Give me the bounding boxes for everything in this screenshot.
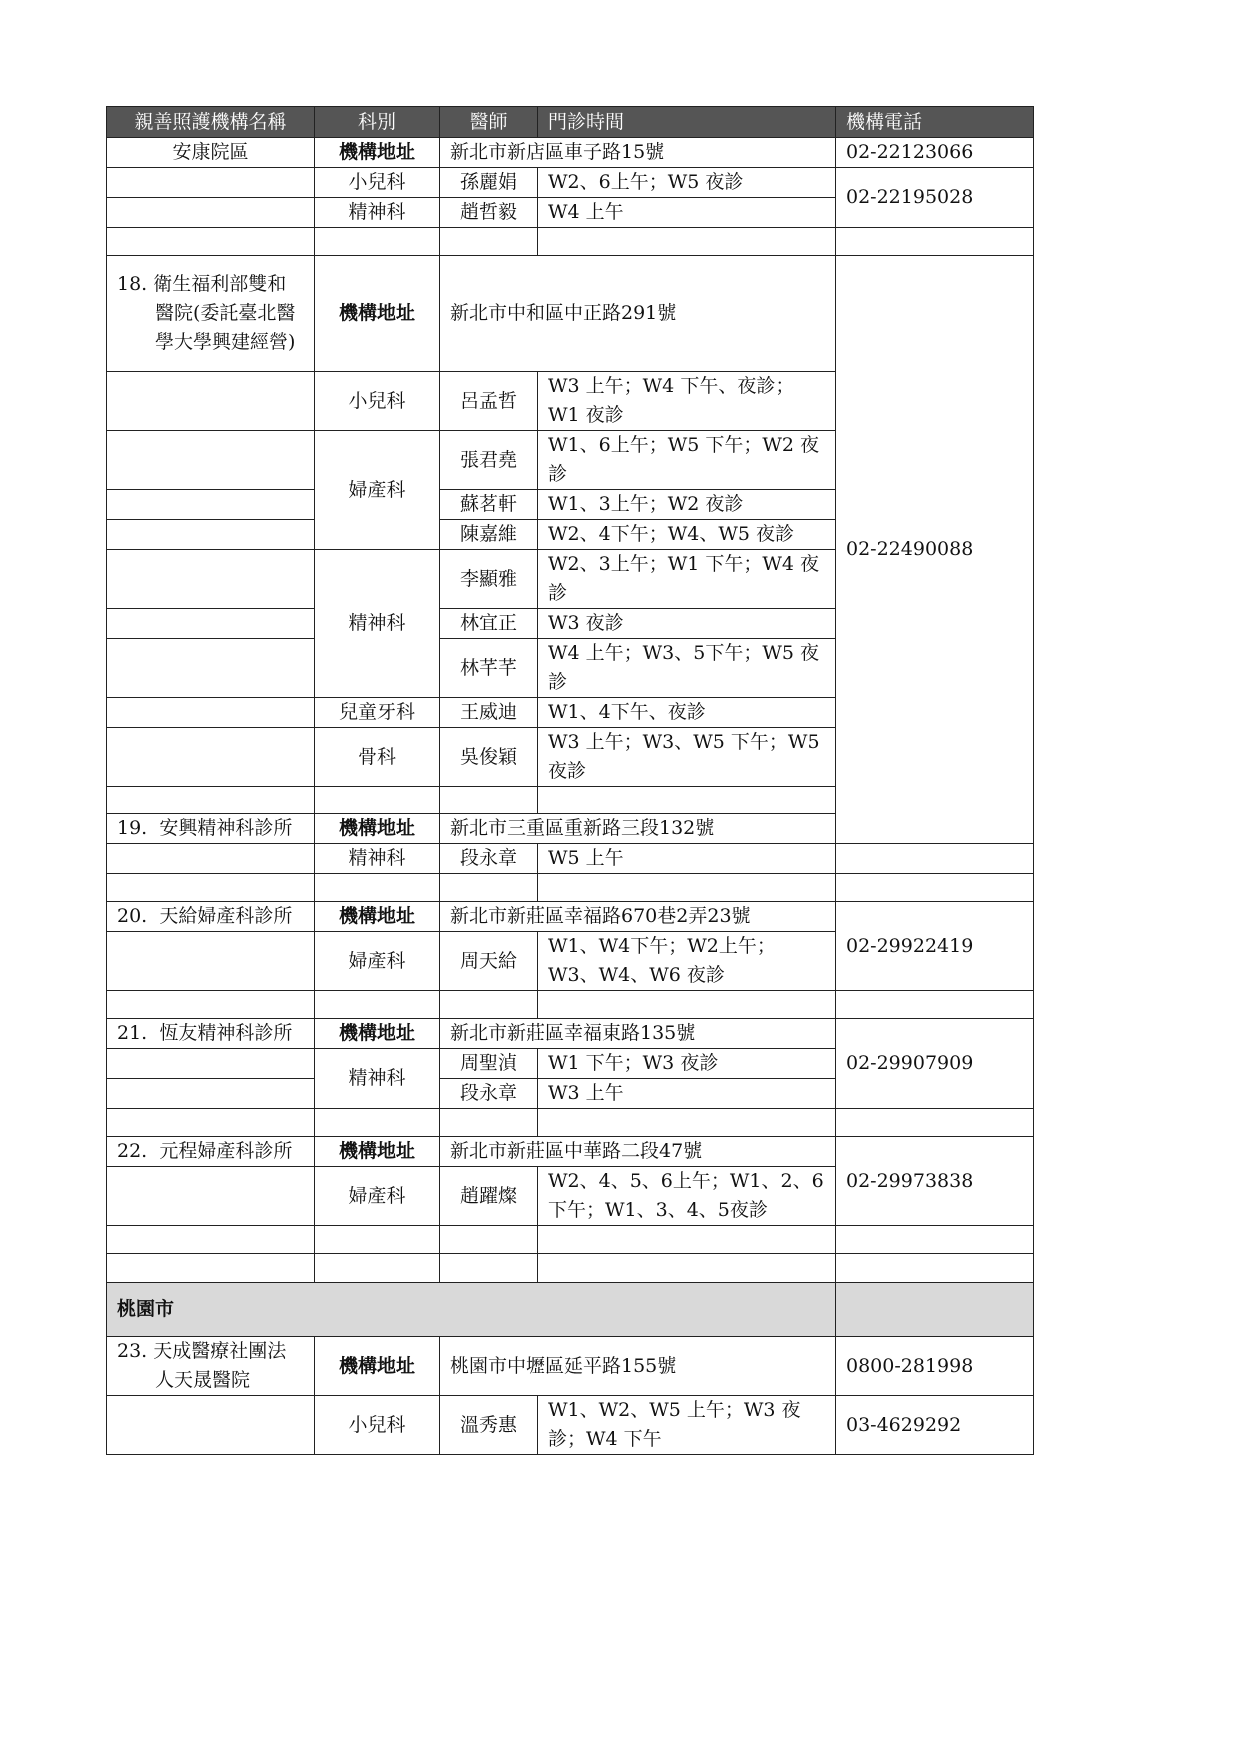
phone: 03-4629292 xyxy=(836,1396,1034,1455)
empty-cell xyxy=(315,1109,440,1137)
empty-cell xyxy=(315,874,440,902)
empty-cell xyxy=(836,228,1034,256)
hours: W5 上午 xyxy=(538,844,836,874)
header-institution: 親善照護機構名稱 xyxy=(107,107,315,138)
hours: W2、6上午；W5 夜診 xyxy=(538,168,836,198)
address-label: 機構地址 xyxy=(315,256,440,372)
table-row: 精神科 段永章 W5 上午 xyxy=(107,844,1034,874)
address: 桃園市中壢區延平路155號 xyxy=(440,1337,836,1396)
empty-cell xyxy=(107,1079,315,1109)
spacer-row xyxy=(107,1109,1034,1137)
doctor: 林宜正 xyxy=(440,609,538,639)
doctor: 蘇茗軒 xyxy=(440,490,538,520)
address: 新北市新店區車子路15號 xyxy=(440,138,836,168)
phone: 02-22195028 xyxy=(836,168,1034,228)
header-dept: 科別 xyxy=(315,107,440,138)
spacer-row xyxy=(107,991,1034,1019)
empty-cell xyxy=(107,609,315,639)
dept: 婦產科 xyxy=(315,932,440,991)
dept: 小兒科 xyxy=(315,168,440,198)
dept: 精神科 xyxy=(315,1049,440,1109)
address-label: 機構地址 xyxy=(315,814,440,844)
address: 新北市新莊區幸福東路135號 xyxy=(440,1019,836,1049)
hours: W2、4、5、6上午；W1、2、6下午；W1、3、4、5夜診 xyxy=(538,1167,836,1226)
hours: W1、W4下午；W2上午；W3、W4、W6 夜診 xyxy=(538,932,836,991)
empty-cell xyxy=(836,874,1034,902)
institution-label: 恆友精神科診所 xyxy=(159,1022,292,1044)
phone: 0800-281998 xyxy=(836,1337,1034,1396)
empty-cell xyxy=(107,520,315,550)
empty-cell xyxy=(440,1226,538,1254)
phone: 02-22490088 xyxy=(836,256,1034,844)
spacer-row xyxy=(107,874,1034,902)
address: 新北市新莊區幸福路670巷2弄23號 xyxy=(440,902,836,932)
empty-cell xyxy=(107,844,315,874)
phone: 02-29922419 xyxy=(836,902,1034,991)
doctor: 溫秀惠 xyxy=(440,1396,538,1455)
empty-cell xyxy=(107,1226,315,1254)
hours: W2、3上午；W1 下午；W4 夜診 xyxy=(538,550,836,609)
empty-cell xyxy=(315,1226,440,1254)
empty-cell xyxy=(538,1254,836,1283)
doctor: 孫麗娟 xyxy=(440,168,538,198)
institution-name: 23. 天成醫療社團法人天晟醫院 xyxy=(107,1337,315,1396)
header-row: 親善照護機構名稱 科別 醫師 門診時間 機構電話 xyxy=(107,107,1034,138)
clinic-table: 親善照護機構名稱 科別 醫師 門診時間 機構電話 安康院區 機構地址 新北市新店… xyxy=(106,106,1034,1455)
hours: W2、4下午；W4、W5 夜診 xyxy=(538,520,836,550)
empty-cell xyxy=(107,991,315,1019)
hours: W3 上午；W3、W5 下午；W5 夜診 xyxy=(538,728,836,787)
address-label: 機構地址 xyxy=(315,1337,440,1396)
address-label: 機構地址 xyxy=(315,902,440,932)
institution-name: 19. 安興精神科診所 xyxy=(107,814,315,844)
empty-cell xyxy=(315,787,440,814)
empty-cell xyxy=(107,1396,315,1455)
institution-name: 安康院區 xyxy=(107,138,315,168)
region-row: 桃園市 xyxy=(107,1283,1034,1337)
doctor: 李顯雅 xyxy=(440,550,538,609)
empty-cell xyxy=(107,787,315,814)
empty-cell xyxy=(440,787,538,814)
empty-cell xyxy=(107,550,315,609)
empty-cell xyxy=(107,1049,315,1079)
empty-cell xyxy=(107,874,315,902)
spacer-row xyxy=(107,1254,1034,1283)
hours: W1、3上午；W2 夜診 xyxy=(538,490,836,520)
empty-cell xyxy=(315,1254,440,1283)
address: 新北市中和區中正路291號 xyxy=(440,256,836,372)
empty-cell xyxy=(836,991,1034,1019)
phone: 02-22123066 xyxy=(836,138,1034,168)
institution-label: 元程婦產科診所 xyxy=(159,1140,292,1162)
empty-cell xyxy=(538,1109,836,1137)
empty-cell xyxy=(538,991,836,1019)
doctor: 段永章 xyxy=(440,844,538,874)
institution-label: 天成醫療社團法人天晟醫院 xyxy=(153,1340,286,1391)
empty-cell xyxy=(107,639,315,698)
empty-cell xyxy=(107,728,315,787)
table-row: 小兒科 孫麗娟 W2、6上午；W5 夜診 02-22195028 xyxy=(107,168,1034,198)
table-row: 22. 元程婦產科診所 機構地址 新北市新莊區中華路二段47號 02-29973… xyxy=(107,1137,1034,1167)
empty-cell xyxy=(836,1283,1034,1337)
table-row: 18. 衛生福利部雙和醫院(委託臺北醫學大學興建經營) 機構地址 新北市中和區中… xyxy=(107,256,1034,372)
empty-cell xyxy=(107,168,315,198)
dept: 骨科 xyxy=(315,728,440,787)
table-row: 23. 天成醫療社團法人天晟醫院 機構地址 桃園市中壢區延平路155號 0800… xyxy=(107,1337,1034,1396)
dept: 精神科 xyxy=(315,844,440,874)
empty-cell xyxy=(107,1254,315,1283)
institution-number: 19. xyxy=(117,817,147,839)
empty-cell xyxy=(538,228,836,256)
hours: W3 夜診 xyxy=(538,609,836,639)
empty-cell xyxy=(440,991,538,1019)
empty-cell xyxy=(836,1254,1034,1283)
hours: W3 上午 xyxy=(538,1079,836,1109)
dept: 兒童牙科 xyxy=(315,698,440,728)
address-label: 機構地址 xyxy=(315,138,440,168)
doctor: 張君堯 xyxy=(440,431,538,490)
hours: W1、4下午、夜診 xyxy=(538,698,836,728)
empty-cell xyxy=(107,932,315,991)
doctor: 周聖湞 xyxy=(440,1049,538,1079)
address-label: 機構地址 xyxy=(315,1019,440,1049)
empty-cell xyxy=(440,874,538,902)
header-phone: 機構電話 xyxy=(836,107,1034,138)
spacer-row xyxy=(107,1226,1034,1254)
institution-number: 20. xyxy=(117,905,147,927)
empty-cell xyxy=(538,1226,836,1254)
region-heading: 桃園市 xyxy=(107,1283,836,1337)
doctor: 呂孟哲 xyxy=(440,372,538,431)
empty-cell xyxy=(107,228,315,256)
institution-label: 天給婦產科診所 xyxy=(159,905,292,927)
empty-cell xyxy=(315,991,440,1019)
institution-label: 衛生福利部雙和醫院(委託臺北醫學大學興建經營) xyxy=(153,273,295,353)
dept: 精神科 xyxy=(315,198,440,228)
doctor: 陳嘉維 xyxy=(440,520,538,550)
institution-number: 21. xyxy=(117,1022,147,1044)
empty-cell xyxy=(538,874,836,902)
spacer-row xyxy=(107,228,1034,256)
empty-cell xyxy=(440,1254,538,1283)
hours: W4 上午；W3、5下午；W5 夜診 xyxy=(538,639,836,698)
table-row: 21. 恆友精神科診所 機構地址 新北市新莊區幸福東路135號 02-29907… xyxy=(107,1019,1034,1049)
dept: 婦產科 xyxy=(315,431,440,550)
hours: W1 下午；W3 夜診 xyxy=(538,1049,836,1079)
header-hours: 門診時間 xyxy=(538,107,836,138)
address: 新北市三重區重新路三段132號 xyxy=(440,814,836,844)
phone: 02-29973838 xyxy=(836,1137,1034,1226)
doctor: 林芊芊 xyxy=(440,639,538,698)
empty-cell xyxy=(836,1226,1034,1254)
empty-cell xyxy=(107,372,315,431)
institution-label: 安興精神科診所 xyxy=(159,817,292,839)
phone: 02-29907909 xyxy=(836,1019,1034,1109)
empty-cell xyxy=(107,698,315,728)
empty-cell xyxy=(440,1109,538,1137)
table-row: 20. 天給婦產科診所 機構地址 新北市新莊區幸福路670巷2弄23號 02-2… xyxy=(107,902,1034,932)
doctor: 趙哲毅 xyxy=(440,198,538,228)
institution-name: 20. 天給婦產科診所 xyxy=(107,902,315,932)
institution-number: 23. xyxy=(117,1340,147,1362)
doctor: 周天給 xyxy=(440,932,538,991)
dept: 小兒科 xyxy=(315,1396,440,1455)
empty-cell xyxy=(107,490,315,520)
empty-cell xyxy=(315,228,440,256)
dept: 精神科 xyxy=(315,550,440,698)
table-row: 安康院區 機構地址 新北市新店區車子路15號 02-22123066 xyxy=(107,138,1034,168)
dept: 婦產科 xyxy=(315,1167,440,1226)
doctor: 趙躍燦 xyxy=(440,1167,538,1226)
hours: W1、W2、W5 上午；W3 夜診；W4 下午 xyxy=(538,1396,836,1455)
doctor: 段永章 xyxy=(440,1079,538,1109)
doctor: 吳俊穎 xyxy=(440,728,538,787)
institution-number: 18. xyxy=(117,273,147,295)
hours: W3 上午；W4 下午、夜診；W1 夜診 xyxy=(538,372,836,431)
institution-name: 22. 元程婦產科診所 xyxy=(107,1137,315,1167)
hours: W4 上午 xyxy=(538,198,836,228)
empty-cell xyxy=(836,1109,1034,1137)
address-label: 機構地址 xyxy=(315,1137,440,1167)
institution-name: 21. 恆友精神科診所 xyxy=(107,1019,315,1049)
empty-cell xyxy=(538,787,836,814)
dept: 小兒科 xyxy=(315,372,440,431)
address: 新北市新莊區中華路二段47號 xyxy=(440,1137,836,1167)
doctor: 王威迪 xyxy=(440,698,538,728)
institution-number: 22. xyxy=(117,1140,147,1162)
header-doctor: 醫師 xyxy=(440,107,538,138)
empty-cell xyxy=(440,228,538,256)
hours: W1、6上午；W5 下午；W2 夜診 xyxy=(538,431,836,490)
empty-cell xyxy=(107,198,315,228)
empty-cell xyxy=(107,1167,315,1226)
empty-cell xyxy=(107,1109,315,1137)
table-row: 小兒科 溫秀惠 W1、W2、W5 上午；W3 夜診；W4 下午 03-46292… xyxy=(107,1396,1034,1455)
empty-cell xyxy=(107,431,315,490)
institution-name: 18. 衛生福利部雙和醫院(委託臺北醫學大學興建經營) xyxy=(107,256,315,372)
